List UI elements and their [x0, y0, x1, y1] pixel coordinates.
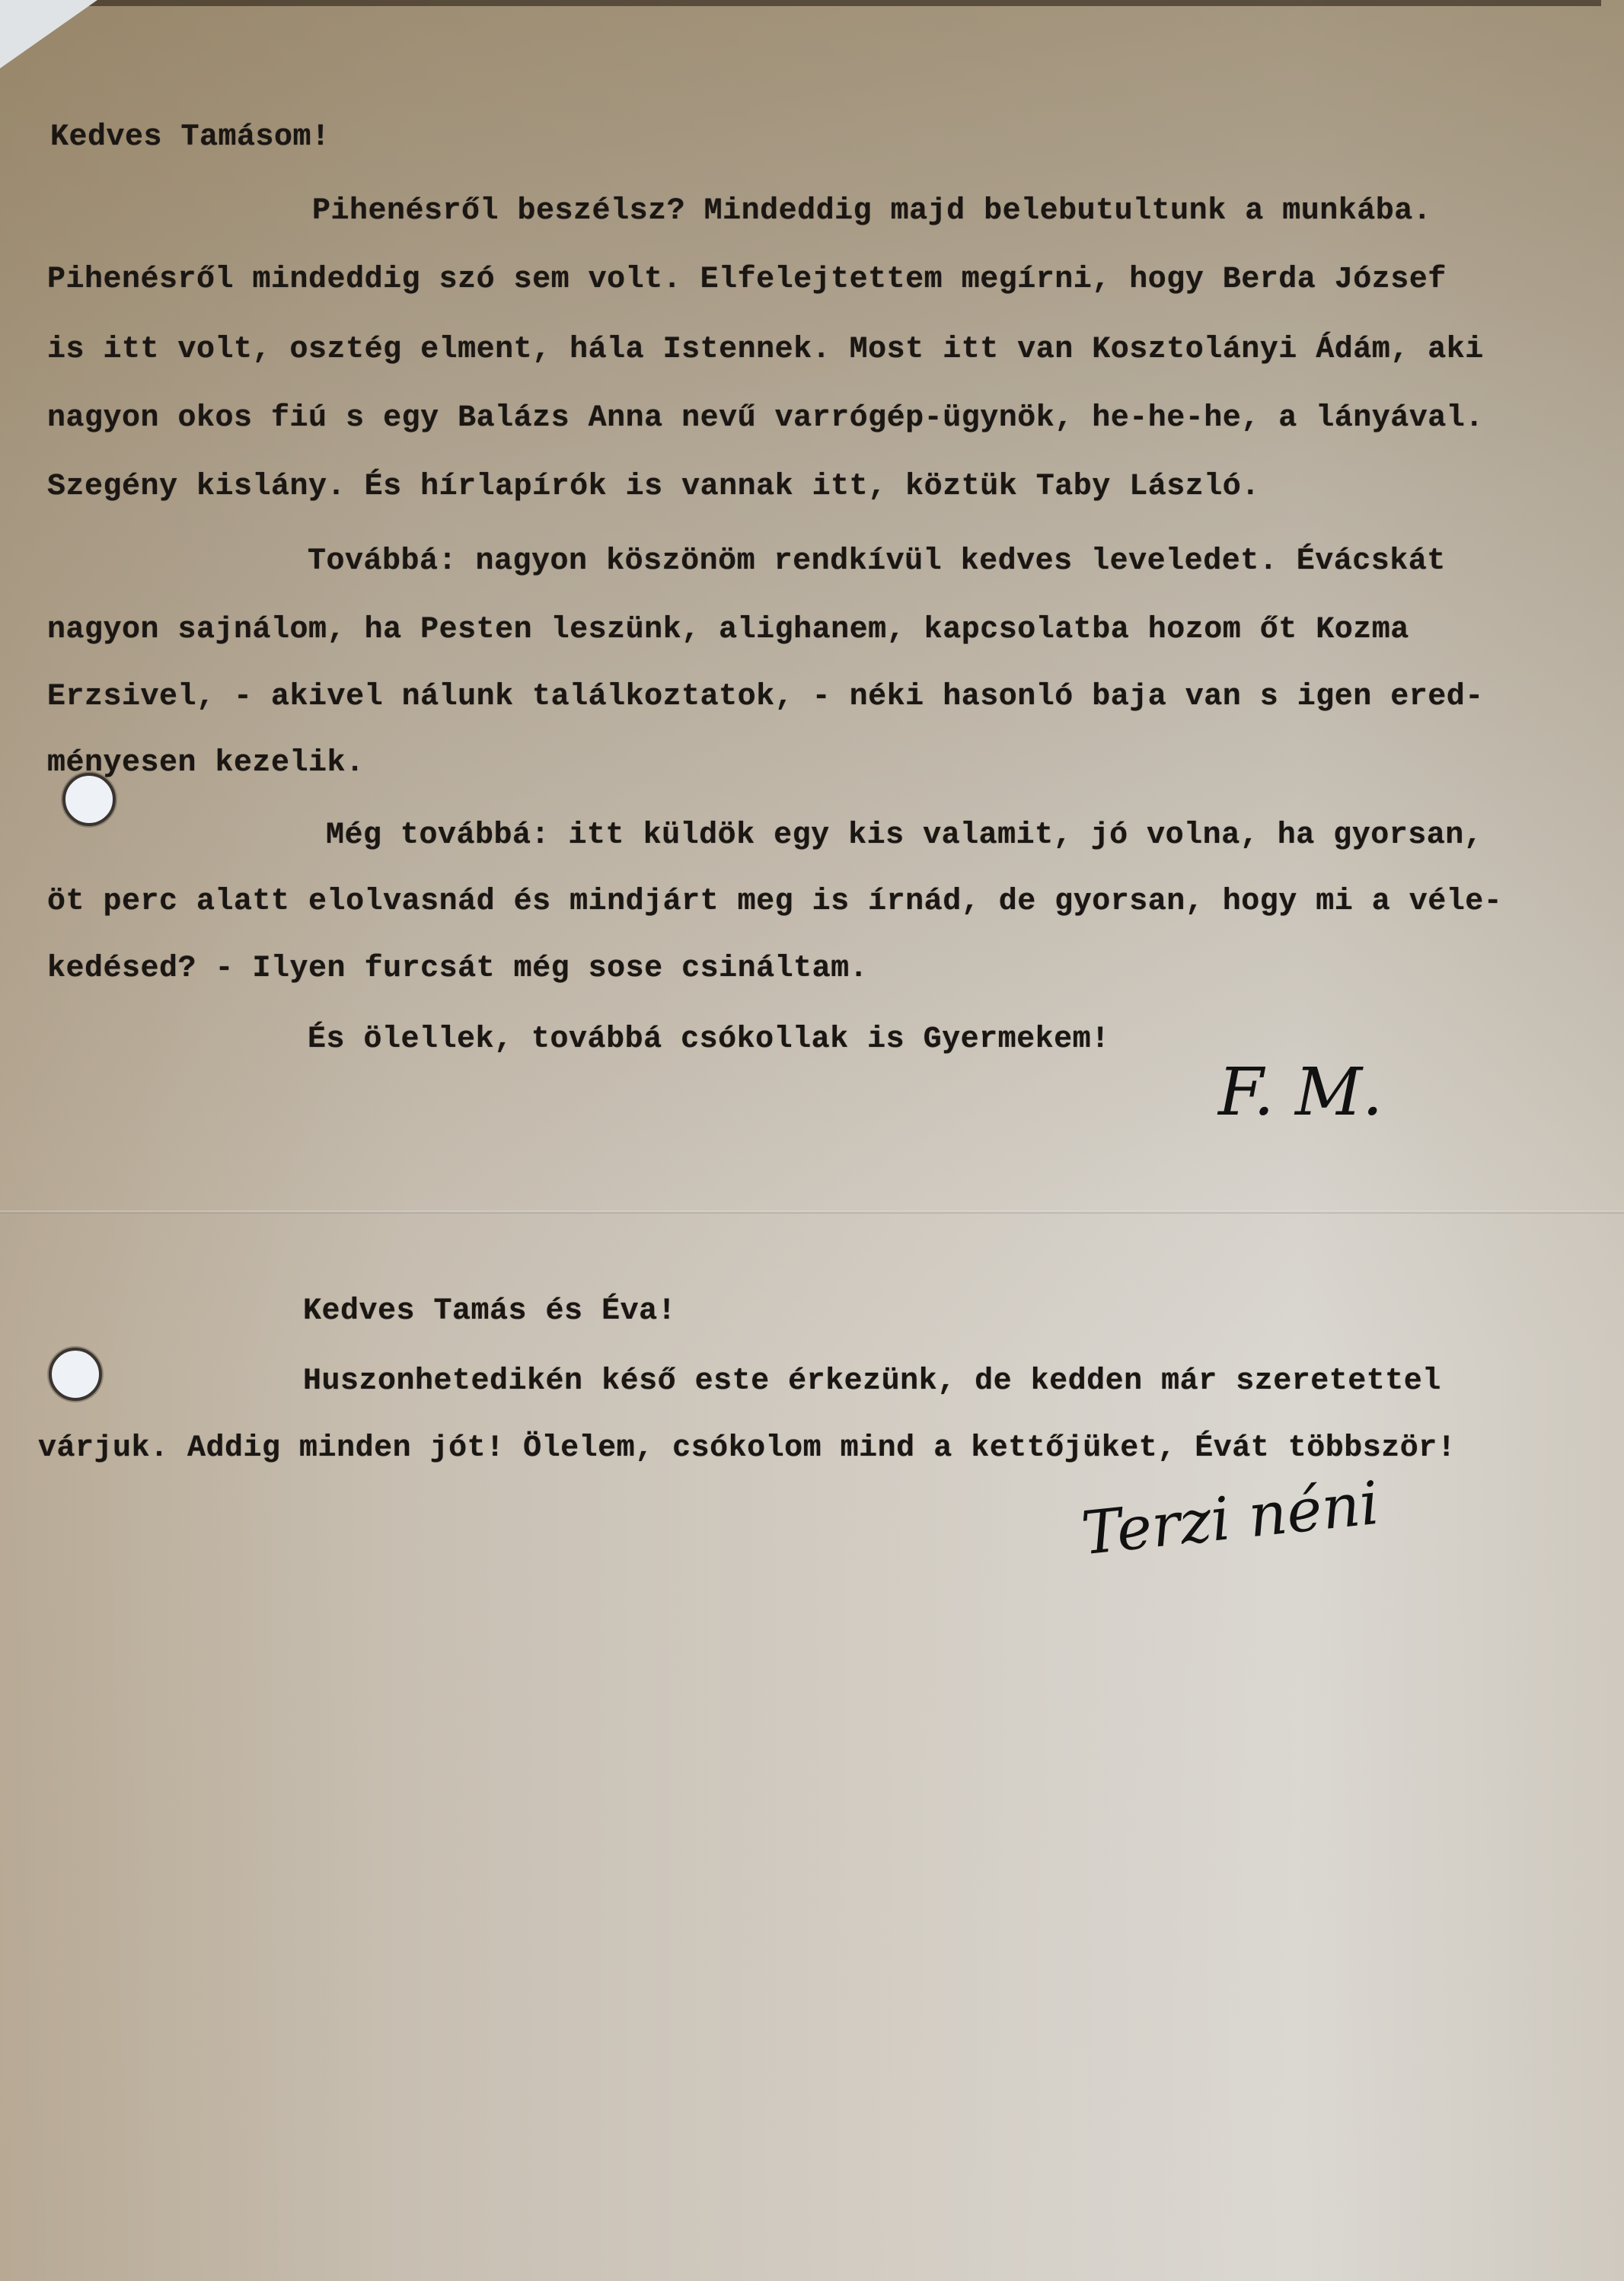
letter1-signature: F. M.: [1218, 1054, 1383, 1131]
letter1-line: nagyon okos fiú s egy Balázs Anna nevű v…: [47, 401, 1484, 435]
letter1-line: is itt volt, osztég elment, hála Istenne…: [47, 333, 1484, 367]
letter1-line: Pihenésről beszélsz? Mindeddig majd bele…: [312, 194, 1431, 228]
letter1-line: öt perc alatt elolvasnád és mindjárt meg…: [47, 885, 1502, 919]
letter2-line: Huszonhetedikén késő este érkezünk, de k…: [303, 1364, 1441, 1399]
punch-hole-icon: [62, 773, 116, 826]
letter1-line: ményesen kezelik.: [47, 746, 365, 780]
punch-hole-icon: [49, 1348, 102, 1401]
letter1-line: Továbbá: nagyon köszönöm rendkívül kedve…: [308, 544, 1446, 579]
letter1-line: nagyon sajnálom, ha Pesten leszünk, alig…: [47, 613, 1409, 647]
letter1-line: Még továbbá: itt küldök egy kis valamit,…: [326, 818, 1482, 853]
letter1-line: kedésed? - Ilyen furcsát még sose csinál…: [47, 952, 868, 986]
letter1-closing: És ölellek, továbbá csókollak is Gyermek…: [308, 1022, 1110, 1057]
paper-fold-line: [0, 1211, 1624, 1214]
letter2-line: várjuk. Addig minden jót! Ölelem, csókol…: [38, 1431, 1456, 1466]
letter1-salutation: Kedves Tamásom!: [50, 120, 330, 155]
letter1-line: Szegény kislány. És hírlapírók is vannak…: [47, 470, 1260, 504]
letter1-line: Pihenésről mindeddig szó sem volt. Elfel…: [47, 263, 1447, 297]
paper-top-edge: [76, 0, 1601, 6]
letter2-salutation: Kedves Tamás és Éva!: [303, 1294, 676, 1329]
letter1-line: Erzsivel, - akivel nálunk találkoztatok,…: [47, 680, 1484, 714]
